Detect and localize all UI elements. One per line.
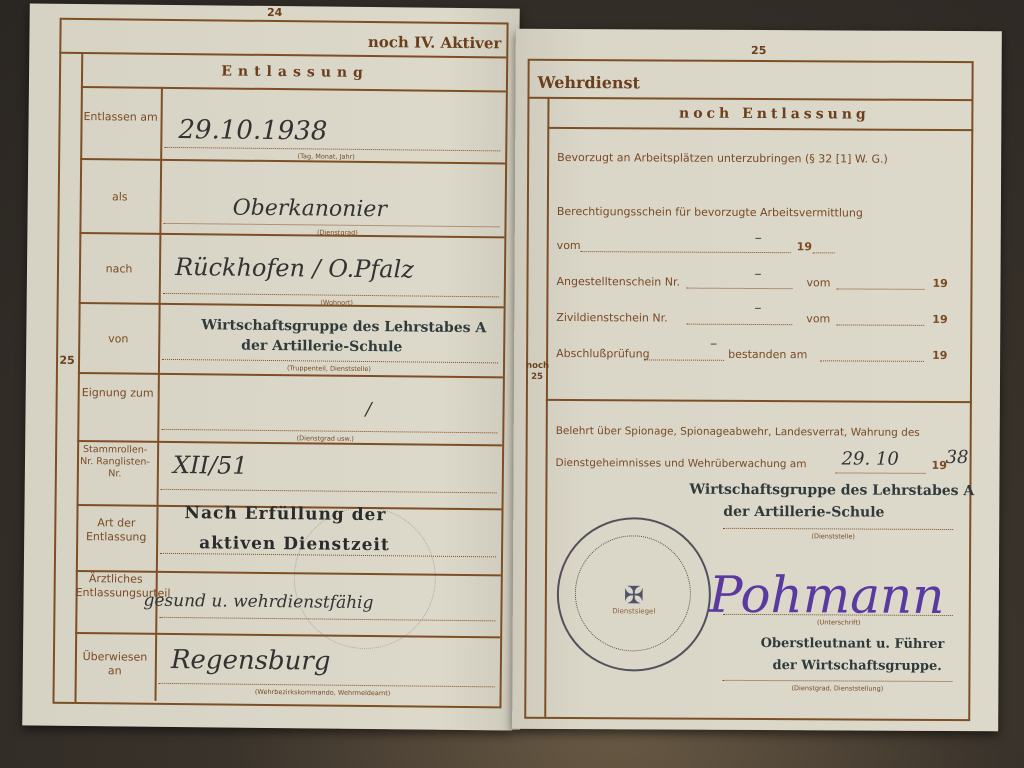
left-page: 24 25 noch IV. Aktiver Entlassung Entlas…: [22, 3, 520, 730]
label-ueberwiesen-an: Überwiesen an: [75, 650, 155, 678]
line-angestelltenschein-label: Angestelltenschein Nr.: [556, 275, 680, 289]
label-von: von: [78, 332, 158, 347]
line-angestelltenschein-value: –: [755, 266, 762, 282]
value-transferred-to: Regensburg: [171, 645, 331, 677]
rank-stamp-line2: der Wirtschaftsgruppe.: [772, 658, 941, 674]
line-zivildienstschein-vom: vom: [806, 312, 830, 325]
line-vom-year: 19: [797, 240, 812, 253]
value-roll-number: XII/51: [173, 451, 248, 480]
line-zivildienstschein-year: 19: [932, 313, 947, 326]
rank-caption: (Dienstgrad, Dienststellung): [782, 684, 892, 693]
page-number-right: 25: [516, 43, 1002, 59]
briefing-line-2: Dienstgeheimnisses und Wehrüberwachung a…: [556, 457, 807, 470]
caption-transferred-to: (Wehrbezirkskommando, Wehrmeldeamt): [243, 688, 403, 698]
office-caption: (Dienststelle): [803, 532, 863, 540]
value-suitability: /: [365, 399, 371, 420]
value-rank: Oberkanonier: [233, 196, 388, 223]
value-discharge-date: 29.10.1938: [178, 115, 327, 147]
briefing-year-suffix: 38: [946, 447, 969, 468]
right-page: 25 Wehrdienst noch 25 noch Entlassung Be…: [512, 29, 1002, 732]
line-zivildienstschein-label: Zivildienstschein Nr.: [556, 311, 667, 325]
line-abschlusspruefung-year: 19: [932, 349, 947, 362]
rank-stamp-line1: Oberstleutnant u. Führer: [761, 636, 945, 652]
line-zivildienstschein-value: –: [754, 300, 761, 316]
header-right: noch IV. Aktiver: [368, 33, 502, 52]
label-eignung-zum: Eignung zum: [78, 386, 158, 401]
dotted-line: [813, 252, 835, 253]
line-angestelltenschein-vom: vom: [806, 276, 830, 289]
line-abschlusspruefung-bestanden: bestanden am: [728, 348, 807, 361]
certificate-title: Berechtigungsschein für bevorzugte Arbei…: [557, 205, 863, 220]
faint-stamp-impression: [293, 506, 436, 649]
label-als: als: [80, 190, 160, 205]
margin-label: noch 25: [526, 361, 548, 382]
signature: Pohmann: [709, 566, 945, 625]
line-abschlusspruefung-value: –: [710, 336, 717, 352]
label-entlassen-am: Entlassen am: [81, 110, 161, 125]
label-nach: nach: [79, 262, 159, 277]
line-abschlusspruefung-label: Abschlußprüfung: [556, 347, 650, 360]
line-vom-value: –: [755, 230, 762, 246]
value-residence: Rückhofen / O.Pfalz: [175, 253, 414, 283]
official-seal: ✠ Dienstsiegel: [556, 517, 711, 672]
eagle-emblem-icon: ✠: [559, 581, 709, 610]
margin-number: 25: [56, 354, 78, 368]
stamp-unit-line1: Wirtschaftsgruppe des Lehrstabes A: [201, 317, 486, 336]
line-angestelltenschein-year: 19: [932, 277, 947, 290]
caption-unit: (Truppenteil, Dienststelle): [274, 364, 384, 373]
label-roll-numbers: Stammrollen-Nr. Ranglisten-Nr.: [77, 444, 153, 480]
office-stamp-line1: Wirtschaftsgruppe des Lehrstabes A: [689, 482, 974, 499]
office-stamp-line2: der Artillerie-Schule: [723, 504, 884, 521]
seal-center-label: Dienstsiegel: [559, 607, 709, 616]
label-art-der-entlassung: Art der Entlassung: [76, 516, 156, 544]
briefing-line-1: Belehrt über Spionage, Spionageabwehr, L…: [556, 425, 920, 439]
line-vom-label: vom: [557, 239, 581, 252]
signature-caption: (Unterschrift): [809, 618, 869, 626]
preferred-placement-text: Bevorzugt an Arbeitsplätzen unterzubring…: [557, 151, 888, 166]
header-title: Wehrdienst: [538, 73, 640, 93]
stamp-unit-line2: der Artillerie-Schule: [241, 338, 402, 356]
briefing-date: 29. 10: [842, 448, 899, 469]
section-title: noch Entlassung: [547, 105, 1001, 123]
